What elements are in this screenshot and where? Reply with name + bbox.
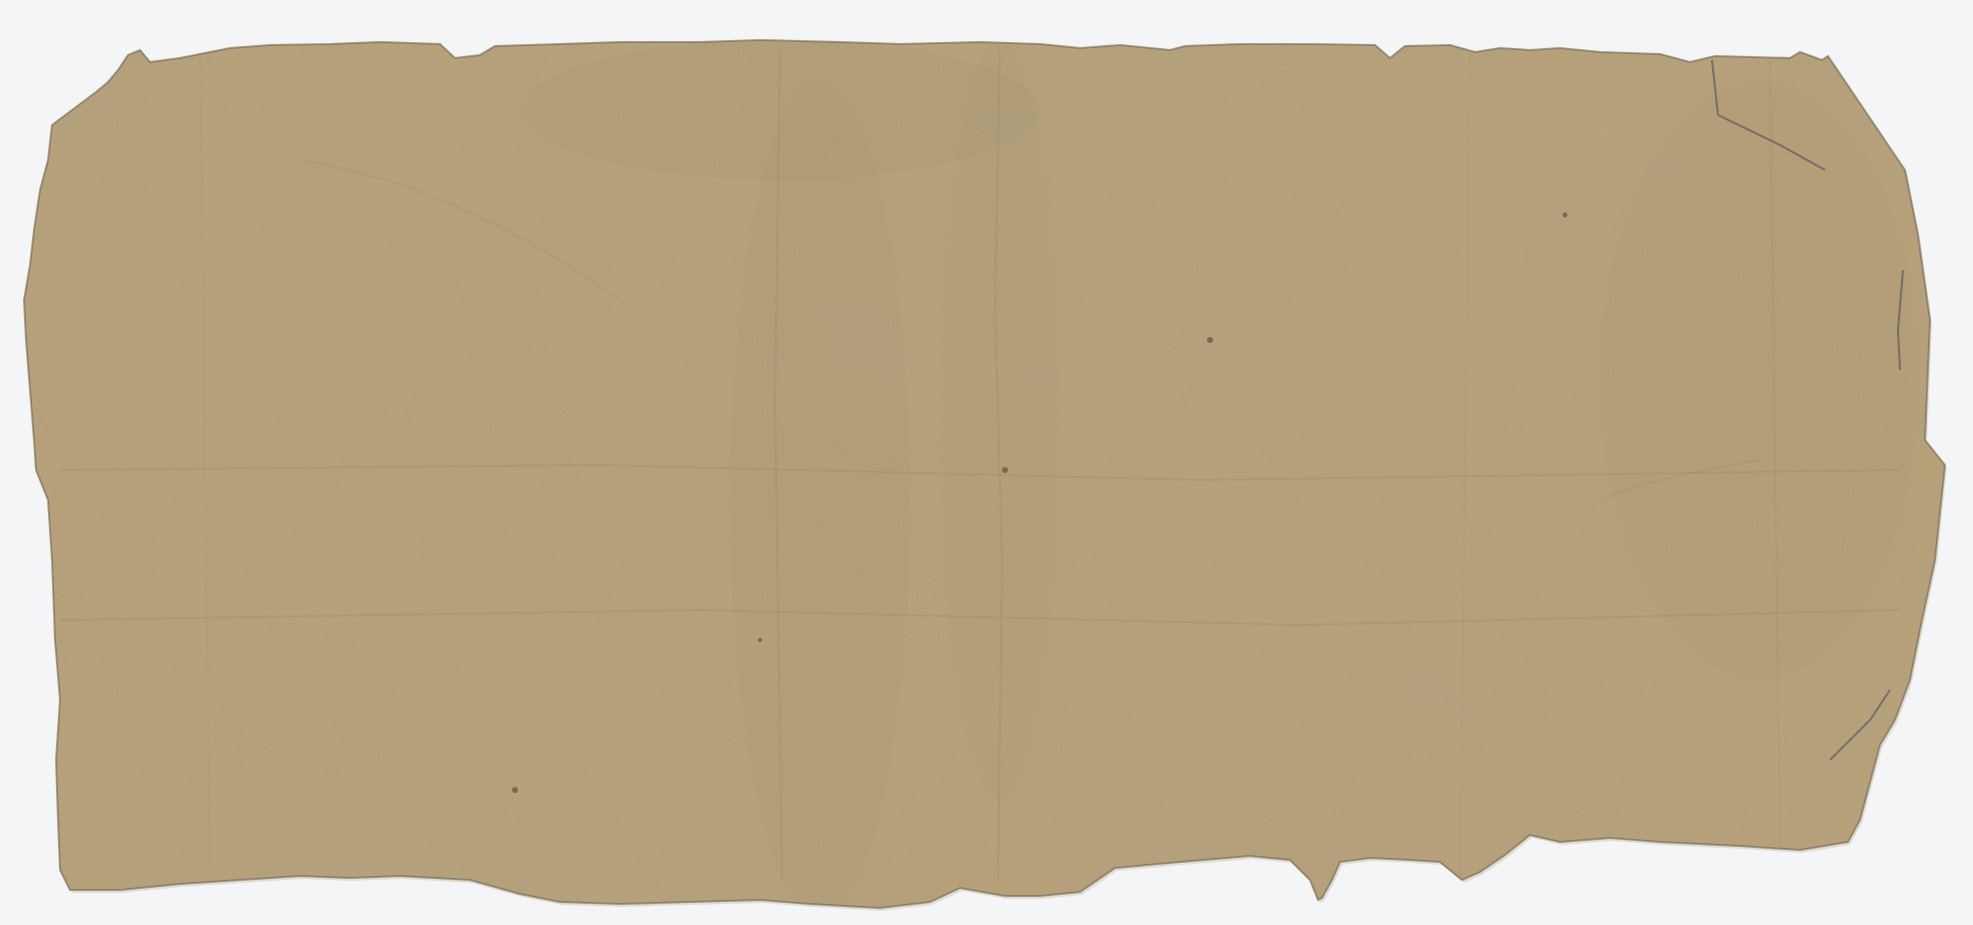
paper-fragment: [0, 0, 1973, 925]
scan-background: [0, 0, 1973, 925]
